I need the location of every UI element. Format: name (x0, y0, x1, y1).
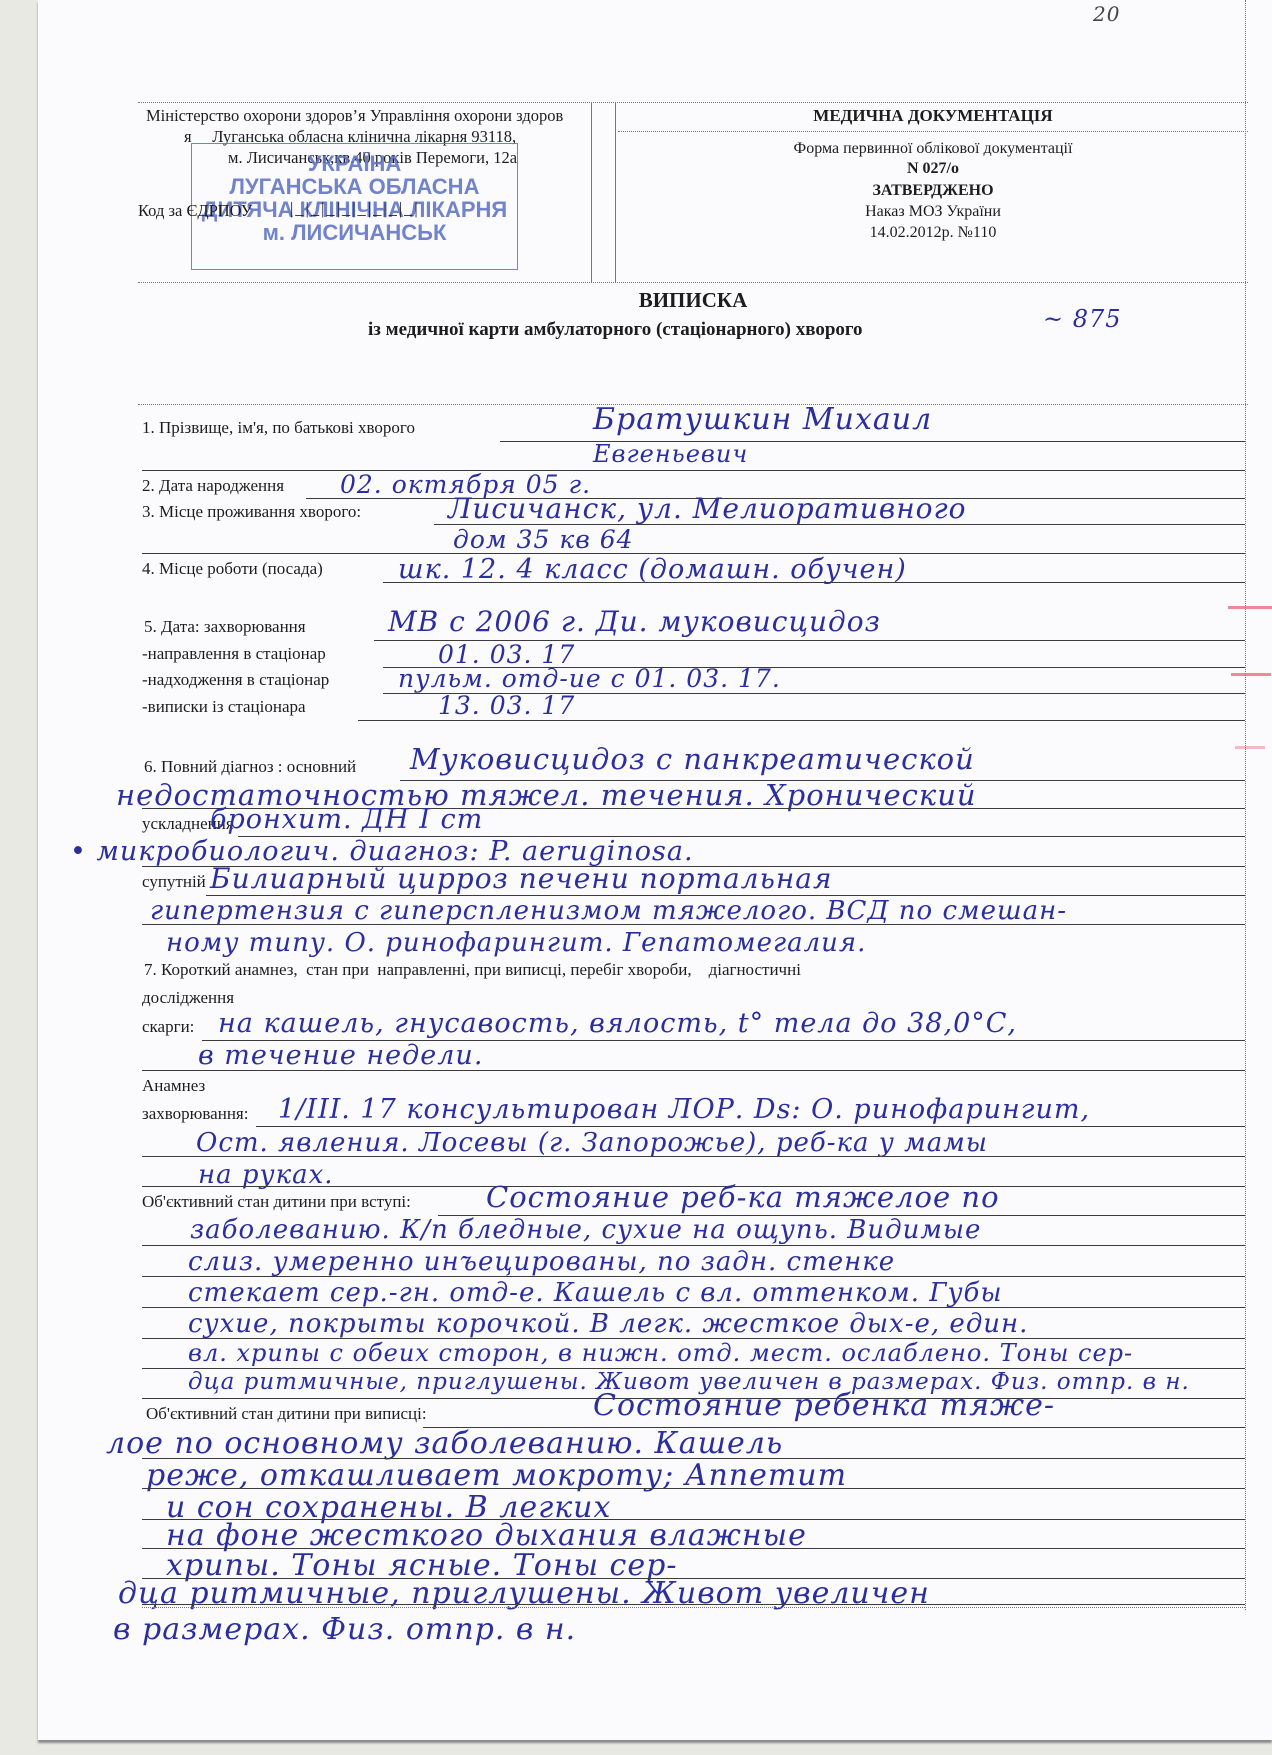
record-number-handwritten: ~ 875 (1043, 305, 1122, 333)
red-margin-mark (1228, 606, 1272, 609)
work-label: 4. Місце роботи (посада) (142, 559, 323, 579)
diagnosis-main-label: 6. Повний діагноз : основний (144, 757, 356, 777)
illness-date-value: МВ с 2006 г. Ди. муковисцидоз (388, 605, 881, 638)
line (142, 924, 1245, 925)
stamp-line-4: м. ЛИСИЧАНСЬК (192, 221, 517, 244)
complaints-value-2: в течение недели. (198, 1040, 483, 1071)
line (142, 1307, 1245, 1308)
document-page: 20 Міністерство охорони здоров’я Управлі… (38, 0, 1272, 1740)
edrpou-label: Код за ЄДРПОУ (138, 201, 252, 221)
admission-state-value-5: сухие, покрыты корочкой. В легк. жесткое… (188, 1309, 1028, 1339)
admission-state-label: Об'єктивний стан дитини при вступі: (142, 1192, 411, 1212)
history-value-2: Ост. явления. Лосевы (г. Запорожье), реб… (196, 1128, 988, 1158)
name-value-1: Братушкин Михаил (593, 402, 932, 437)
form-bottom-rule (142, 1607, 1245, 1608)
header-bottom-rule (138, 282, 1248, 283)
history-label-2: захворювання: (142, 1104, 248, 1124)
line (256, 1126, 1245, 1127)
order-label: Наказ МОЗ України (618, 203, 1248, 221)
anamnesis-section-label: 7. Короткий анамнез, стан при направленн… (144, 960, 801, 980)
line (142, 1070, 1245, 1071)
admission-state-value-2: заболеванию. К/п бледные, сухие на ощупь… (190, 1215, 981, 1245)
referral-date-label: -направлення в стаціонар (142, 644, 326, 664)
concomitant-label: супутній (142, 872, 206, 892)
line (142, 1156, 1245, 1157)
form-label: Форма первинної облікової документації (618, 140, 1248, 158)
discharge-state-label: Об'єктивний стан дитини при виписці: (146, 1404, 427, 1424)
anamnesis-section-label-2: дослідження (142, 988, 234, 1008)
admission-state-value-3: слиз. умеренно инъецированы, по задн. ст… (188, 1247, 895, 1277)
line (142, 470, 1245, 471)
illness-date-label: 5. Дата: захворювання (144, 617, 306, 637)
complaints-value-1: на кашель, гнусавость, вялость, t° тела … (218, 1008, 1017, 1039)
discharge-state-value-1: Состояние ребенка тяже- (593, 1388, 1055, 1423)
concomitant-value-2: гипертензия с гиперспленизмом тяжелого. … (150, 896, 1067, 926)
line (142, 1245, 1245, 1246)
residence-value-1: Лисичанск, ул. Мелиоративного (448, 492, 967, 525)
residence-value-2: дом 35 кв 64 (453, 525, 634, 554)
name-value-2: Евгеньевич (593, 440, 748, 468)
header-right-rule (618, 131, 1248, 132)
stamp-line-2: ЛУГАНСЬКА ОБЛАСНА (192, 175, 517, 198)
concomitant-value-3: ному типу. О. ринофарингит. Гепатомегали… (166, 928, 866, 958)
ministry-line: Міністерство охорони здоров’я Управління… (146, 106, 563, 126)
admission-date-label: -надходження в стаціонар (142, 670, 329, 690)
discharge-date-value: 13. 03. 17 (438, 691, 575, 720)
name-label: 1. Прізвище, ім'я, по батькові хворого (142, 418, 415, 438)
history-label: Анамнез (142, 1076, 205, 1096)
red-margin-mark (1235, 746, 1265, 749)
admission-state-value-6: вл. хрипы с обеих сторон, в нижн. отд. м… (188, 1339, 1133, 1367)
line (358, 720, 1245, 721)
discharge-state-value-7: дца ритмичные, приглушены. Живот увеличе… (118, 1576, 930, 1611)
red-margin-mark (1231, 673, 1271, 676)
discharge-state-value-2: лое по основному заболеванию. Кашель (106, 1426, 783, 1461)
work-value: шк. 12. 4 класс (домашн. обучен) (398, 554, 907, 585)
stamp-line-1: УКРАЇНА (192, 152, 517, 175)
admission-state-value-4: стекает сер.-гн. отд-е. Кашель с вл. отт… (188, 1278, 1003, 1308)
discharge-date-label: -виписки із стаціонара (142, 697, 306, 717)
header-top-rule (138, 102, 1248, 103)
line (142, 1276, 1245, 1277)
residence-label: 3. Місце проживання хворого: (142, 502, 361, 522)
header-divider-1 (591, 102, 592, 282)
diagnosis-main-value-1: Муковисцидоз с панкреатической (410, 742, 975, 776)
order-date: 14.02.2012р. №110 (618, 224, 1248, 242)
approved-label: ЗАТВЕРДЖЕНО (618, 182, 1248, 200)
discharge-state-value-8: в размерах. Физ. отпр. в н. (113, 1612, 576, 1647)
admission-state-value-1: Состояние реб-ка тяжелое по (486, 1180, 1000, 1214)
concomitant-value-1: Билиарный цирроз печени портальная (210, 862, 833, 895)
medical-documentation-title: МЕДИЧНА ДОКУМЕНТАЦІЯ (618, 106, 1248, 126)
admission-date-value: пульм. отд-ие с 01. 03. 17. (398, 664, 781, 693)
complaints-label: скарги: (142, 1017, 194, 1037)
line (142, 1604, 1245, 1605)
document-subtitle: із медичної карти амбулаторного (стаціон… (368, 319, 863, 341)
edrpou-boxes: |_|_|_|_|_|_|_|_| (290, 199, 420, 219)
birth-date-label: 2. Дата народження (142, 476, 284, 496)
line (142, 1488, 1245, 1489)
history-value-1: 1/III. 17 консультирован ЛОР. Ds: О. рин… (278, 1094, 1090, 1125)
header-divider-2 (615, 102, 616, 282)
form-number: N 027/о (618, 160, 1248, 178)
page-number-handwritten: 20 (1093, 2, 1120, 26)
complications-value-1: бронхит. ДН I ст (210, 804, 483, 835)
